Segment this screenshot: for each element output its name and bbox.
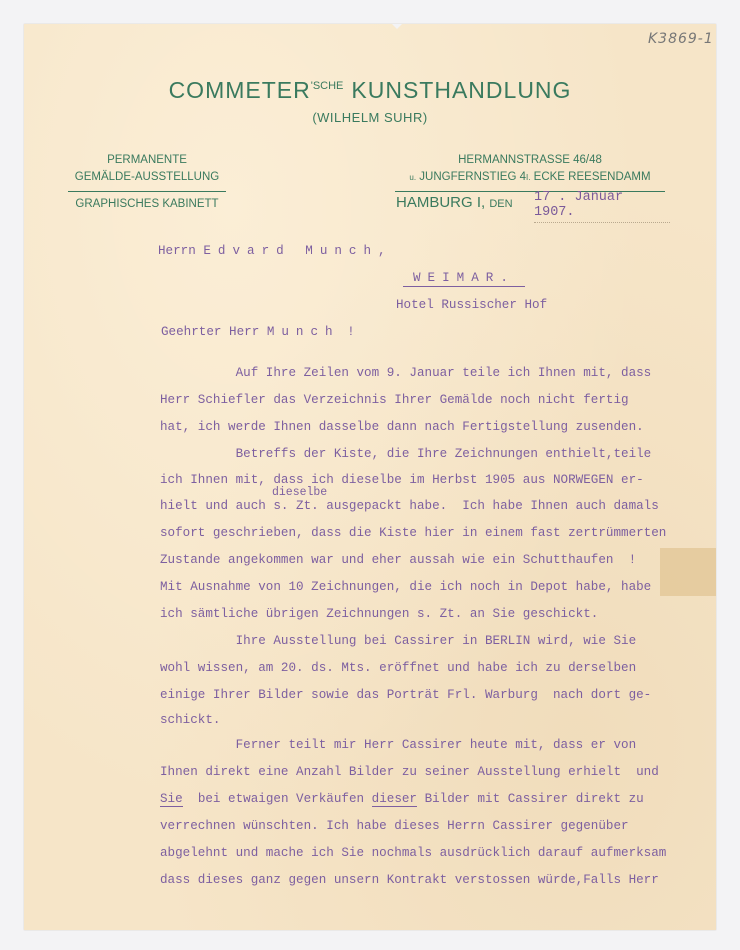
- body-line-4: Betreffs der Kiste, die Ihre Zeichnungen…: [160, 447, 651, 461]
- city-line: HAMBURG I, DEN: [396, 194, 513, 211]
- body-line-13: einige Ihrer Bilder sowie das Porträt Fr…: [160, 688, 651, 702]
- body-line-11: Ihre Ausstellung bei Cassirer in BERLIN …: [160, 634, 636, 648]
- divider: [68, 191, 226, 192]
- lh-right-line1: HERMANNSTRASSE 46/48: [395, 152, 665, 169]
- body-line-16: Ihnen direkt eine Anzahl Bilder zu seine…: [160, 765, 659, 779]
- body-line-19: abgelehnt und mache ich Sie nochmals aus…: [160, 846, 666, 860]
- recipient-line: Herrn Edvard Munch,: [158, 244, 393, 258]
- lh-left-line2: GEMÄLDE-AUSSTELLUNG: [68, 169, 226, 186]
- salutation: Geehrter Herr Munch !: [161, 325, 355, 339]
- recipient-name: Edvard Munch,: [203, 244, 392, 258]
- lh-left-line1: PERMANENTE: [68, 152, 226, 169]
- body-line-14: schickt.: [160, 713, 220, 727]
- lh-right-line2: u. JUNGFERNSTIEG 4I. ECKE REESENDAMM: [395, 169, 665, 186]
- body-line-3: hat, ich werde Ihnen dasselbe dann nach …: [160, 420, 644, 434]
- firm-name-sup: 'SCHE: [311, 80, 344, 92]
- recipient-city: WEIMAR.: [403, 271, 525, 285]
- body-line-2: Herr Schiefler das Verzeichnis Ihrer Gem…: [160, 393, 629, 407]
- paper-notch: [392, 24, 402, 29]
- firm-name-part1: COMMETER: [169, 77, 311, 103]
- body-line-7: sofort geschrieben, dass die Kiste hier …: [160, 526, 666, 540]
- body-line-20: dass dieses ganz gegen unsern Kontrakt v…: [160, 873, 659, 887]
- firm-name-part2: KUNSTHANDLUNG: [351, 77, 571, 103]
- tape-mark: [660, 548, 716, 596]
- den-label: DEN: [489, 198, 512, 210]
- insertion-dieselbe: dieselbe: [272, 486, 327, 499]
- body-line-10: ich sämtliche übrigen Zeichnungen s. Zt.…: [160, 607, 598, 621]
- letterhead-left-block: PERMANENTE GEMÄLDE-AUSSTELLUNG GRAPHISCH…: [68, 152, 226, 213]
- city: HAMBURG I,: [396, 194, 485, 211]
- body-line-18: verrechnen wünschten. Ich habe dieses He…: [160, 819, 629, 833]
- firm-owner: (WILHELM SUHR): [0, 110, 740, 125]
- body-line-5: ich Ihnen mit, dass ich dieselbe im Herb…: [160, 473, 644, 487]
- archive-number: K3869-1: [648, 31, 714, 47]
- letter-date: 17 . Januar 1907.: [534, 190, 670, 223]
- firm-name: COMMETER'SCHEKUNSTHANDLUNG: [0, 77, 740, 104]
- body-line-1: Auf Ihre Zeilen vom 9. Januar teile ich …: [160, 366, 651, 380]
- body-line-12: wohl wissen, am 20. ds. Mts. eröffnet un…: [160, 661, 636, 675]
- body-line-9: Mit Ausnahme von 10 Zeichnungen, die ich…: [160, 580, 651, 594]
- recipient-hotel: Hotel Russischer Hof: [396, 298, 547, 312]
- body-line-17: Sie bei etwaigen Verkäufen dieser Bilder…: [160, 792, 644, 806]
- body-line-6: hielt und auch s. Zt. ausgepackt habe. I…: [160, 499, 659, 513]
- body-line-8: Zustande angekommen war und eher aussah …: [160, 553, 636, 567]
- body-line-15: Ferner teilt mir Herr Cassirer heute mit…: [160, 738, 636, 752]
- lh-left-line3: GRAPHISCHES KABINETT: [68, 196, 226, 213]
